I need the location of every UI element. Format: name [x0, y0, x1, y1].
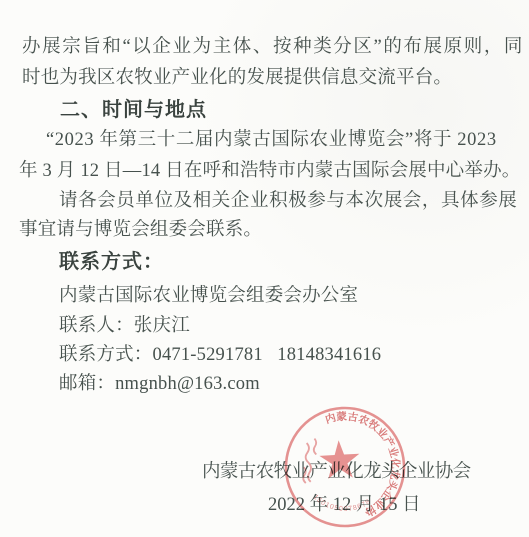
seal-number: 1501050078678	[311, 491, 373, 515]
document-page: 办展宗旨和“以企业为主体、按种类分区”的布展原则，同 时也为我区农牧业产业化的发…	[0, 0, 529, 537]
contact-office-line: 内蒙古国际农业博览会组委会办公室	[59, 281, 358, 307]
body-line-6: 事宜请与博览会组委会联系。	[19, 215, 262, 241]
contact-person-line: 联系人：张庆江	[59, 311, 190, 337]
body-line-4: 年 3 月 12 日—14 日在呼和浩特市内蒙古国际会展中心举办。	[19, 156, 520, 182]
body-line-2: 时也为我区农牧业产业化的发展提供信息交流平台。	[22, 63, 452, 89]
star-icon	[319, 439, 361, 479]
body-line-3: “2023 年第三十二届内蒙古国际农业博览会”将于 2023	[46, 125, 497, 151]
contact-heading: 联系方式：	[59, 245, 164, 274]
section-heading-time-place: 二、时间与地点	[60, 93, 207, 122]
official-seal: 内蒙古农牧业产业化龙头企业协会 1501050078678	[274, 396, 417, 537]
body-line-5: 请各会员单位及相关企业积极参与本次展会，具体参展	[59, 186, 517, 212]
contact-email-line: 邮箱：nmgnbh@163.com	[59, 369, 260, 395]
body-line-1: 办展宗旨和“以企业为主体、按种类分区”的布展原则，同	[22, 32, 524, 58]
mongolian-script	[301, 438, 318, 483]
contact-phone-line: 联系方式：0471-5291781 18148341616	[59, 340, 381, 366]
